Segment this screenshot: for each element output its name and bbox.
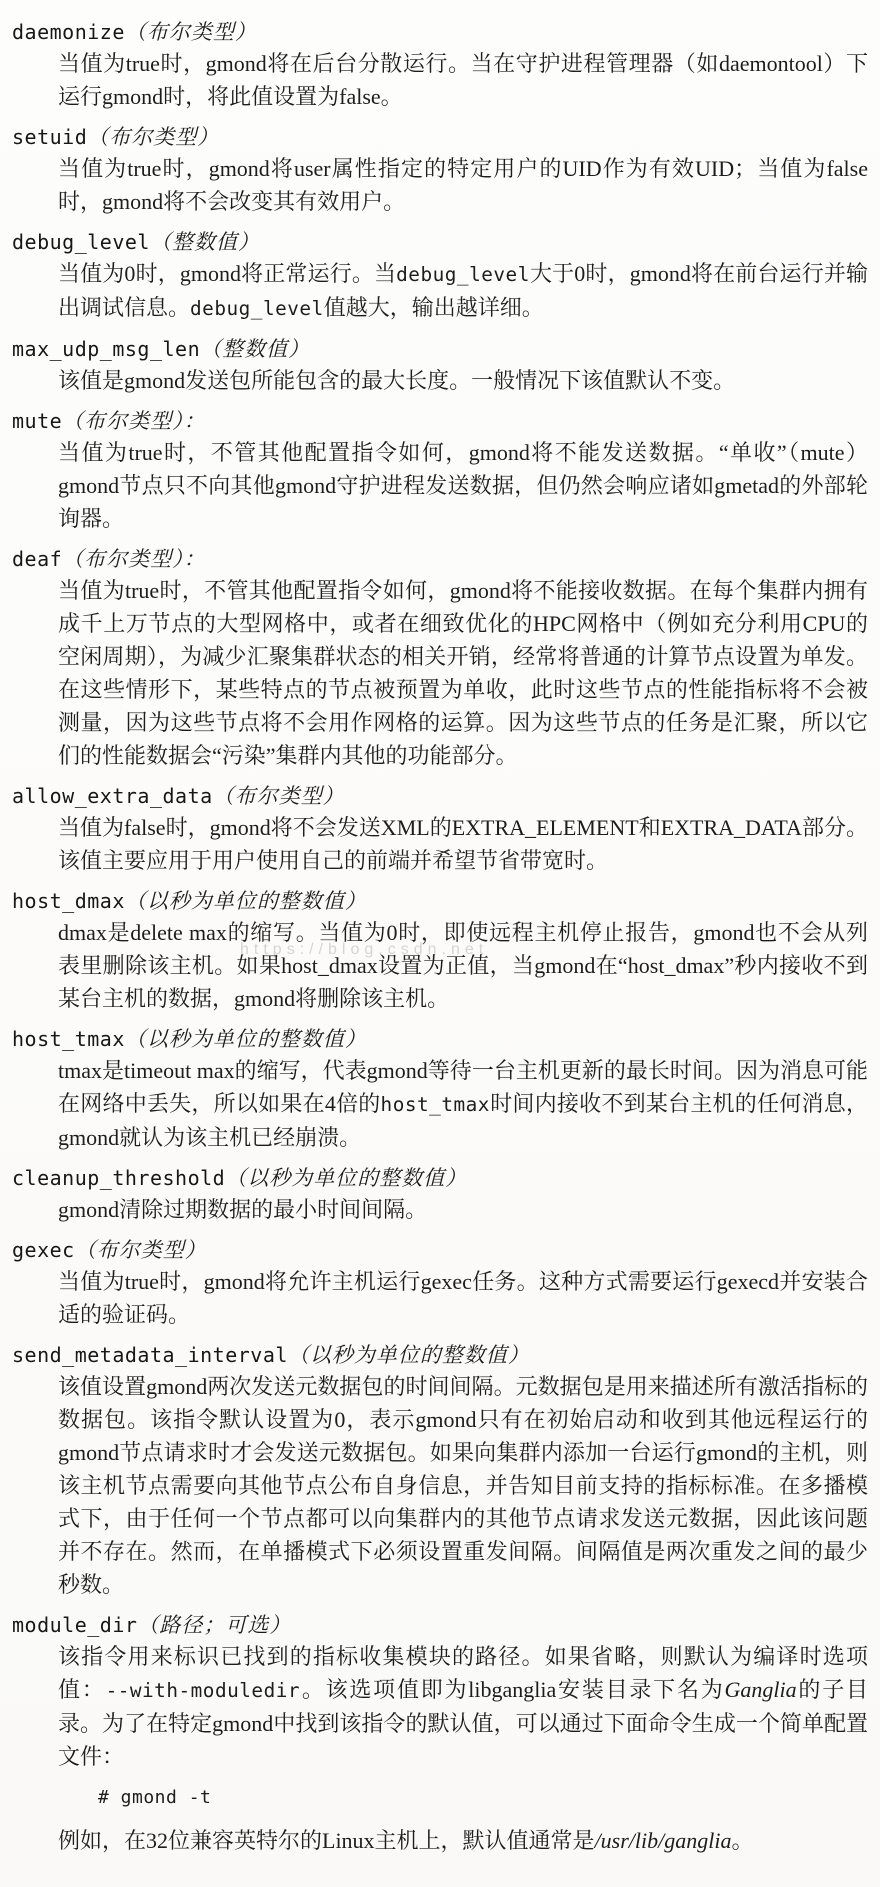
term-line: host_tmax（以秒为单位的整数值） (12, 1024, 874, 1054)
italic-path: Ganglia (725, 1677, 797, 1702)
term-type-note: （布尔类型）： (62, 547, 206, 571)
term-type-note: （以秒为单位的整数值） (288, 1343, 530, 1367)
paragraph: 当值为true时，gmond将允许主机运行gexec任务。这种方式需要运行gex… (58, 1265, 868, 1331)
term-name: host_dmax (12, 889, 125, 913)
term-name: gexec (12, 1238, 75, 1262)
entry-list: daemonize（布尔类型）当值为true时，gmond将在后台分散运行。当在… (12, 17, 874, 1857)
paragraph: 当值为true时，不管其他配置指令如何，gmond将不能发送数据。“单收”（mu… (58, 436, 868, 535)
config-entry: debug_level（整数值）当值为0时，gmond将正常运行。当debug_… (12, 227, 874, 325)
term-name: send_metadata_interval (12, 1343, 288, 1367)
term-name: host_tmax (12, 1027, 125, 1051)
paragraph: 该值设置gmond两次发送元数据包的时间间隔。元数据包是用来描述所有激活指标的数… (58, 1370, 868, 1601)
term-type-note: （布尔类型） (87, 125, 219, 149)
paragraph: 当值为true时，gmond将在后台分散运行。当在守护进程管理器（如daemon… (58, 47, 868, 113)
code-line: # gmond -t (98, 1787, 874, 1808)
paragraph: 当值为true时，gmond将user属性指定的特定用户的UID作为有效UID；… (58, 152, 868, 218)
term-type-note: （以秒为单位的整数值） (125, 889, 367, 913)
term-type-note: （以秒为单位的整数值） (225, 1166, 467, 1190)
paragraph: gmond清除过期数据的最小时间间隔。 (58, 1193, 868, 1226)
term-type-note: （布尔类型） (213, 784, 345, 808)
inline-code: debug_level (190, 297, 324, 320)
term-name: deaf (12, 547, 62, 571)
term-type-note: （布尔类型） (75, 1238, 207, 1262)
config-entry: setuid（布尔类型）当值为true时，gmond将user属性指定的特定用户… (12, 122, 874, 218)
term-line: gexec（布尔类型） (12, 1235, 874, 1265)
paragraph: 例如，在32位兼容英特尔的Linux主机上，默认值通常是/usr/lib/gan… (58, 1824, 868, 1857)
term-line: module_dir（路径；可选） (12, 1610, 874, 1640)
config-entry: daemonize（布尔类型）当值为true时，gmond将在后台分散运行。当在… (12, 17, 874, 113)
term-line: debug_level（整数值） (12, 227, 874, 257)
config-entry: host_tmax（以秒为单位的整数值）tmax是timeout max的缩写，… (12, 1024, 874, 1154)
term-line: setuid（布尔类型） (12, 122, 874, 152)
term-line: mute（布尔类型）： (12, 406, 874, 436)
paragraph: 当值为true时，不管其他配置指令如何，gmond将不能接收数据。在每个集群内拥… (58, 574, 868, 772)
term-name: debug_level (12, 230, 150, 254)
paragraph: tmax是timeout max的缩写，代表gmond等待一台主机更新的最长时间… (58, 1054, 868, 1154)
config-entry: mute（布尔类型）：当值为true时，不管其他配置指令如何，gmond将不能发… (12, 406, 874, 535)
paragraph: dmax是delete max的缩写。当值为0时，即使远程主机停止报告，gmon… (58, 916, 868, 1015)
term-name: max_udp_msg_len (12, 337, 200, 361)
term-type-note: （布尔类型）： (62, 409, 206, 433)
term-name: cleanup_threshold (12, 1166, 225, 1190)
paragraph: 当值为false时，gmond将不会发送XML的EXTRA_ELEMENT和EX… (58, 811, 868, 877)
term-type-note: （布尔类型） (125, 20, 257, 44)
paragraph: 当值为0时，gmond将正常运行。当debug_level大于0时，gmond将… (58, 257, 868, 325)
italic-path: /usr/lib/ganglia (595, 1828, 732, 1853)
config-entry: deaf（布尔类型）：当值为true时，不管其他配置指令如何，gmond将不能接… (12, 544, 874, 772)
config-entry: send_metadata_interval（以秒为单位的整数值）该值设置gmo… (12, 1340, 874, 1601)
term-line: cleanup_threshold（以秒为单位的整数值） (12, 1163, 874, 1193)
config-entry: max_udp_msg_len（整数值）该值是gmond发送包所能包含的最大长度… (12, 334, 874, 397)
term-line: daemonize（布尔类型） (12, 17, 874, 47)
term-line: max_udp_msg_len（整数值） (12, 334, 874, 364)
term-line: send_metadata_interval（以秒为单位的整数值） (12, 1340, 874, 1370)
inline-code: host_tmax (381, 1093, 490, 1116)
config-entry: gexec（布尔类型）当值为true时，gmond将允许主机运行gexec任务。… (12, 1235, 874, 1331)
term-name: setuid (12, 125, 87, 149)
inline-code: --with-moduledir (106, 1679, 301, 1702)
term-name: mute (12, 409, 62, 433)
config-entry: host_dmax（以秒为单位的整数值）dmax是delete max的缩写。当… (12, 886, 874, 1015)
term-name: daemonize (12, 20, 125, 44)
term-type-note: （以秒为单位的整数值） (125, 1027, 367, 1051)
term-type-note: （路径；可选） (137, 1613, 291, 1637)
inline-code: debug_level (396, 263, 530, 286)
config-entry: allow_extra_data（布尔类型）当值为false时，gmond将不会… (12, 781, 874, 877)
term-line: host_dmax（以秒为单位的整数值） (12, 886, 874, 916)
paragraph: 该指令用来标识已找到的指标收集模块的路径。如果省略，则默认为编译时选项值：--w… (58, 1640, 868, 1773)
term-type-note: （整数值） (200, 337, 310, 361)
term-type-note: （整数值） (150, 230, 260, 254)
term-line: deaf（布尔类型）： (12, 544, 874, 574)
document-page: https://blog.csdn.net daemonize（布尔类型）当值为… (0, 0, 880, 1887)
config-entry: cleanup_threshold（以秒为单位的整数值）gmond清除过期数据的… (12, 1163, 874, 1226)
term-name: allow_extra_data (12, 784, 213, 808)
config-entry: module_dir（路径；可选）该指令用来标识已找到的指标收集模块的路径。如果… (12, 1610, 874, 1857)
paragraph: 该值是gmond发送包所能包含的最大长度。一般情况下该值默认不变。 (58, 364, 868, 397)
term-name: module_dir (12, 1613, 137, 1637)
term-line: allow_extra_data（布尔类型） (12, 781, 874, 811)
